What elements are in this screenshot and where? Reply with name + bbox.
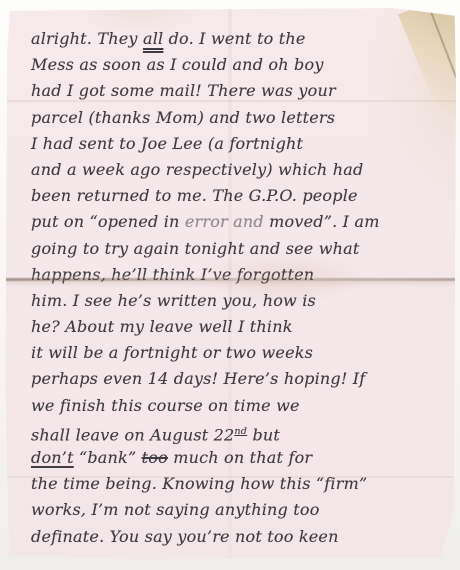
letter-text-segment: the time being. Knowing how this “firm” [31, 474, 367, 493]
letter-text-segment: definate. You say you’re not too keen [31, 527, 339, 546]
letter-line: we finish this course on time we [31, 393, 444, 419]
letter-line: put on “opened in error and moved”. I am [31, 209, 444, 235]
letter-text-segment: “bank” [74, 448, 142, 467]
scanned-letter: { "scan": { "description": "Scan of a ha… [0, 0, 460, 570]
letter-text-segment: don’t [31, 448, 74, 467]
letter-text-segment: nd [234, 426, 247, 437]
letter-line: perhaps even 14 days! Here’s hoping! If [31, 366, 444, 392]
letter-text-segment: parcel (thanks Mom) and two letters [31, 108, 335, 127]
letter-text-segment: do. I went to the [163, 29, 305, 48]
letter-text-segment: it will be a fortnight or two weeks [31, 343, 313, 362]
letter-line: going to try again tonight and see what [31, 236, 444, 262]
letter-line: been returned to me. The G.P.O. people [31, 183, 444, 209]
letter-text-segment: much on that for [168, 448, 312, 467]
letter-text-segment: happens, he’ll think I’ve forgotten [31, 265, 314, 284]
letter-line: parcel (thanks Mom) and two letters [31, 105, 444, 131]
letter-text-segment: going to try again tonight and see what [31, 239, 360, 258]
letter-line: Mess as soon as I could and oh boy [31, 52, 444, 78]
letter-lines: alright. They all do. I went to theMess … [5, 8, 456, 560]
letter-line: and a week ago respectively) which had [31, 157, 444, 183]
letter-line: happens, he’ll think I’ve forgotten [31, 262, 444, 288]
letter-line: shall leave on August 22nd but [31, 419, 444, 445]
letter-page: alright. They all do. I went to theMess … [5, 8, 456, 560]
letter-text-segment: I had sent to Joe Lee (a fortnight [31, 134, 303, 153]
letter-text-segment: moved”. I am [264, 212, 380, 231]
letter-text-segment: been returned to me. The G.P.O. people [31, 186, 358, 205]
letter-text-segment: and a week ago respectively) which had [31, 160, 363, 179]
letter-text-segment: he? About my leave well I think [31, 317, 293, 336]
letter-text-segment: too [142, 448, 168, 467]
letter-line: him. I see he’s written you, how is [31, 288, 444, 314]
letter-text-segment: but [247, 425, 280, 444]
letter-text-segment: shall leave on August 22 [31, 425, 234, 444]
letter-line: don’t “bank” too much on that for [31, 445, 444, 471]
letter-text-segment: error and [185, 212, 264, 231]
letter-text-segment: we finish this course on time we [31, 396, 300, 415]
letter-line: it will be a fortnight or two weeks [31, 340, 444, 366]
letter-text-segment: all [143, 29, 163, 48]
letter-text-segment: him. I see he’s written you, how is [31, 291, 316, 310]
letter-line: definate. You say you’re not too keen [31, 524, 444, 550]
letter-line: the time being. Knowing how this “firm” [31, 471, 444, 497]
letter-line: he? About my leave well I think [31, 314, 444, 340]
letter-text-segment: works, I’m not saying anything too [31, 500, 320, 519]
letter-line: alright. They all do. I went to the [31, 26, 444, 52]
letter-line: I had sent to Joe Lee (a fortnight [31, 131, 444, 157]
letter-line: had I got some mail! There was your [31, 78, 444, 104]
letter-line: works, I’m not saying anything too [31, 497, 444, 523]
letter-text-segment: put on “opened in [31, 212, 185, 231]
letter-text-segment: perhaps even 14 days! Here’s hoping! If [31, 369, 365, 388]
letter-text-segment: had I got some mail! There was your [31, 81, 336, 100]
letter-text-segment: alright. They [31, 29, 143, 48]
letter-text-segment: Mess as soon as I could and oh boy [31, 55, 324, 74]
